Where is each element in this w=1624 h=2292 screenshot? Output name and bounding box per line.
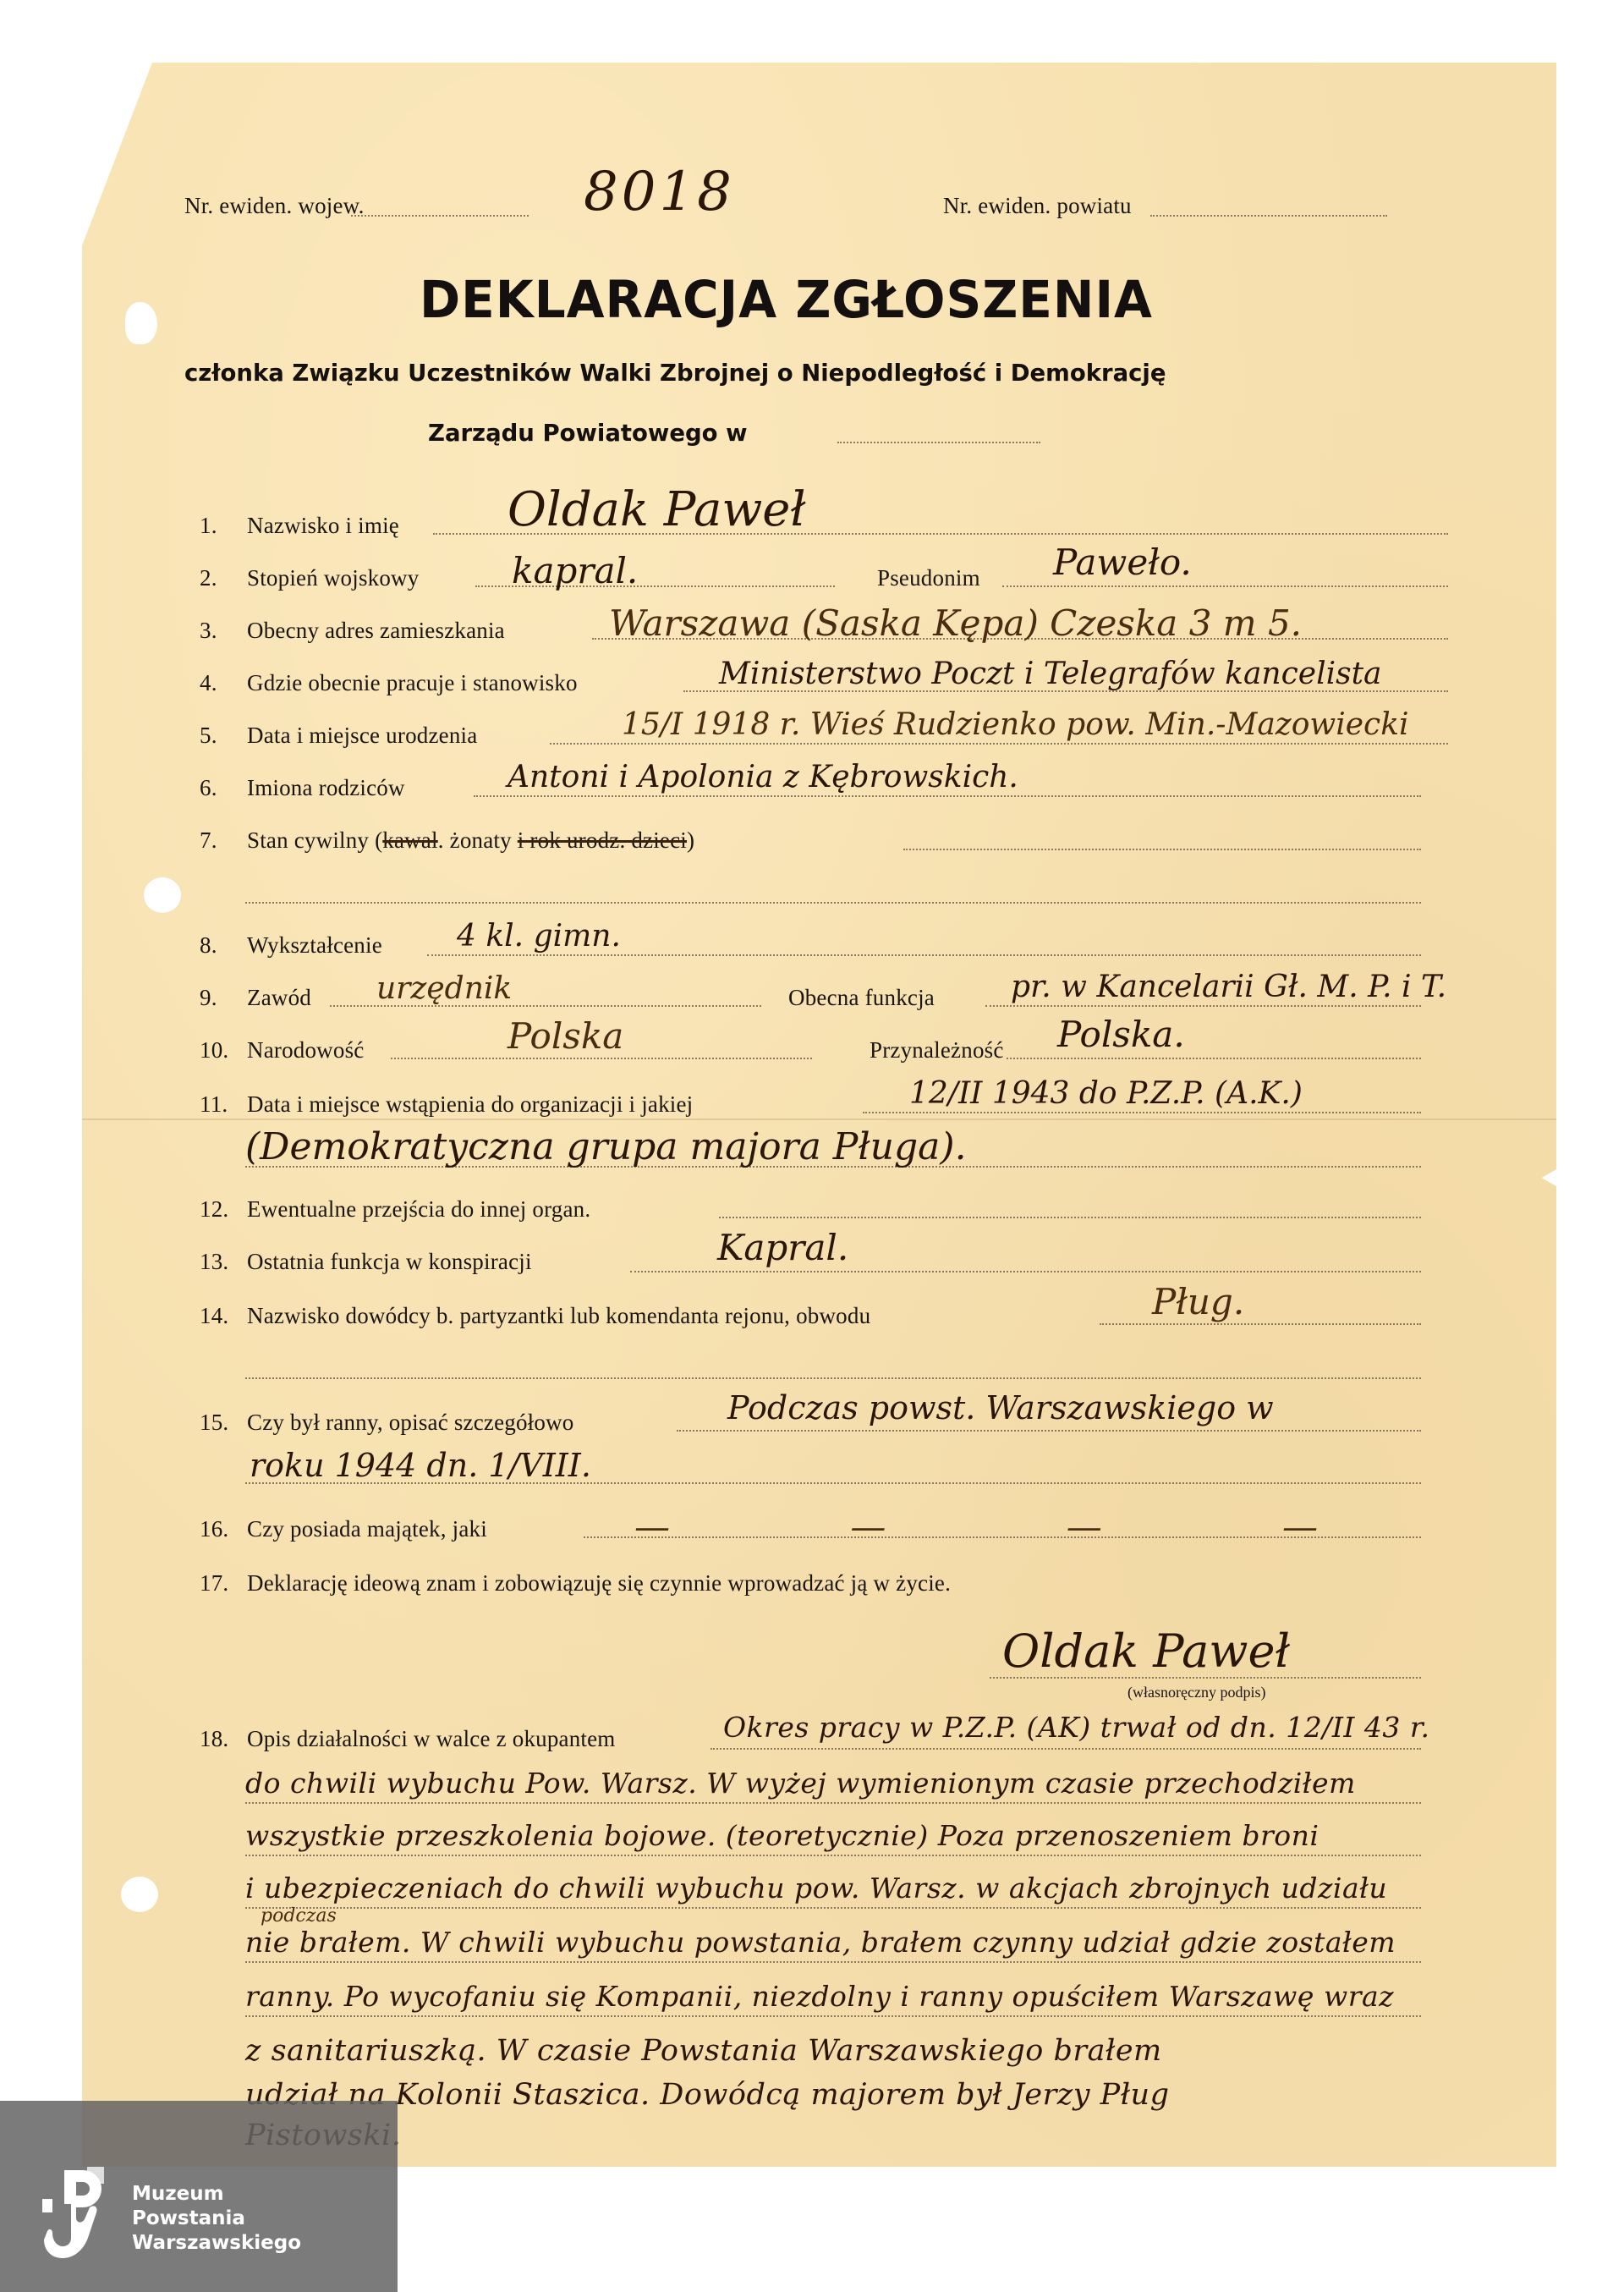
activity-insertion: podczas: [261, 1905, 337, 1926]
field-10-value: Polska: [507, 1015, 623, 1057]
activity-line-7: z sanitariuszką. W czasie Powstania Wars…: [245, 2034, 1162, 2068]
activity-line-4: i ubezpieczeniach do chwili wybuchu pow.…: [245, 1872, 1387, 1905]
field-11-value: 12/II 1943 do P.Z.P. (A.K.): [909, 1076, 1303, 1111]
field-9b-label: Obecna funkcja: [788, 985, 935, 1011]
fold-line: [82, 1119, 1556, 1120]
field-1-label: 1.Nazwisko i imię: [200, 513, 399, 539]
field-15-line: [677, 1430, 1421, 1432]
field-2b-label: Pseudonim: [877, 565, 980, 591]
activity-line-6: ranny. Po wycofaniu się Kompanii, niezdo…: [245, 1980, 1394, 2013]
field-17-label: 17.Deklarację ideową znam i zobowiązuję …: [200, 1570, 951, 1597]
field-7-line: [903, 849, 1421, 850]
county-number-label: Nr. ewiden. powiatu: [943, 193, 1132, 219]
field-7-label: 7.Stan cywilny (kawal. żonaty i rok urod…: [200, 827, 694, 854]
field-10b-label: Przynależność: [870, 1037, 1004, 1064]
field-3-value: Warszawa (Saska Kępa) Czeska 3 m 5.: [609, 602, 1302, 644]
punch-hole: [144, 877, 181, 913]
field-4-value: Ministerstwo Poczt i Telegrafów kancelis…: [719, 657, 1382, 691]
voiv-number-value: 8018: [584, 161, 735, 223]
document-title: DEKLARACJA ZGŁOSZENIA: [420, 269, 1153, 329]
punch-hole: [121, 1877, 158, 1912]
field-8-value: 4 kl. gimn.: [457, 919, 621, 954]
field-7-line-2: [245, 902, 1421, 904]
voiv-number-line: [351, 215, 529, 217]
field-15-value-cont: roku 1944 dn. 1/VIII.: [250, 1447, 591, 1484]
museum-watermark: Muzeum Powstania Warszawskiego: [0, 2101, 398, 2292]
field-18-label: 18.Opis działalności w walce z okupantem: [200, 1726, 616, 1752]
museum-name-line-2: Powstania: [132, 2207, 301, 2231]
field-18-line-6: [245, 2015, 1421, 2017]
field-3-label: 3.Obecny adres zamieszkania: [200, 618, 505, 644]
field-6-value: Antoni i Apolonia z Kębrowskich.: [507, 760, 1018, 794]
field-10b-value: Polska.: [1057, 1014, 1185, 1055]
field-15-label: 15.Czy był ranny, opisać szczegółowo: [200, 1410, 574, 1436]
field-10-line: [391, 1058, 812, 1059]
museum-name-line-1: Muzeum: [132, 2182, 301, 2207]
document-subtitle: członka Związku Uczestników Walki Zbrojn…: [184, 360, 1166, 387]
field-9-value: urzędnik: [376, 971, 512, 1006]
field-2-label: 2.Stopień wojskowy: [200, 565, 419, 591]
field-14-line-2: [245, 1377, 1421, 1379]
signature-value: Oldak Paweł: [1002, 1624, 1290, 1678]
field-18-line-4: [245, 1907, 1421, 1909]
field-5-line: [550, 743, 1448, 745]
board-line: [837, 442, 1040, 443]
field-8-label: 8.Wykształcenie: [200, 932, 382, 959]
field-15-value: Podczas powst. Warszawskiego w: [727, 1389, 1274, 1426]
voiv-number-label: Nr. ewiden. wojew.: [184, 193, 365, 219]
county-number-line: [1150, 215, 1387, 217]
field-11-value-cont: (Demokratyczna grupa majora Pługa).: [245, 1125, 967, 1168]
field-13-line: [630, 1271, 1421, 1272]
field-2b-value: Paweło.: [1053, 541, 1192, 583]
field-16-value: — — — —: [634, 1506, 1318, 1547]
field-11-line: [863, 1112, 1421, 1113]
field-13-value: Kapral.: [717, 1227, 848, 1268]
signature-caption: (własnoręczny podpis): [1127, 1684, 1265, 1701]
field-1-value: Oldak Paweł: [507, 482, 806, 537]
field-9-label: 9.Zawód: [200, 985, 311, 1011]
activity-line-3: wszystkie przeszkolenia bojowe. (teorety…: [245, 1819, 1319, 1852]
museum-name: Muzeum Powstania Warszawskiego: [132, 2182, 301, 2256]
field-9b-value: pr. w Kancelarii Gł. M. P. i T.: [1011, 970, 1446, 1004]
field-12-label: 12.Ewentualne przejścia do innej organ.: [200, 1196, 590, 1223]
field-2b-line: [1002, 585, 1448, 587]
field-9b-line: [985, 1005, 1421, 1007]
field-10b-line: [1007, 1058, 1421, 1059]
field-13-label: 13.Ostatnia funkcja w konspiracji: [200, 1249, 532, 1275]
board-label: Zarządu Powiatowego w: [428, 420, 748, 447]
field-6-label: 6.Imiona rodziców: [200, 775, 405, 801]
activity-line-1: Okres pracy w P.Z.P. (AK) trwał od dn. 1…: [723, 1711, 1430, 1744]
field-18-line-3: [245, 1855, 1421, 1856]
field-11-label: 11.Data i miejsce wstąpienia do organiza…: [200, 1091, 693, 1118]
field-5-value: 15/I 1918 r. Wieś Rudzienko pow. Min.-Ma…: [622, 707, 1409, 742]
museum-name-line-3: Warszawskiego: [132, 2231, 301, 2256]
field-18-line-5: [245, 1961, 1421, 1963]
field-12-line: [719, 1217, 1421, 1218]
field-5-label: 5.Data i miejsce urodzenia: [200, 723, 477, 749]
punch-hole: [125, 302, 157, 344]
field-18-line-1: [710, 1748, 1421, 1750]
field-8-line: [427, 954, 1421, 956]
activity-line-2: do chwili wybuchu Pow. Warsz. W wyżej wy…: [245, 1767, 1356, 1800]
field-18-line-2: [245, 1802, 1421, 1804]
field-14-line: [1100, 1323, 1421, 1325]
field-6-line: [474, 795, 1421, 797]
activity-line-5: nie brałem. W chwili wybuchu powstania, …: [245, 1926, 1396, 1959]
field-10-label: 10.Narodowość: [200, 1037, 364, 1064]
field-14-value: Pług.: [1152, 1281, 1244, 1322]
field-16-label: 16.Czy posiada majątek, jaki: [200, 1516, 487, 1542]
field-2-value: kapral.: [512, 550, 638, 591]
field-4-label: 4.Gdzie obecnie pracuje i stanowisko: [200, 670, 578, 696]
field-14-label: 14.Nazwisko dowódcy b. partyzantki lub k…: [200, 1303, 870, 1329]
